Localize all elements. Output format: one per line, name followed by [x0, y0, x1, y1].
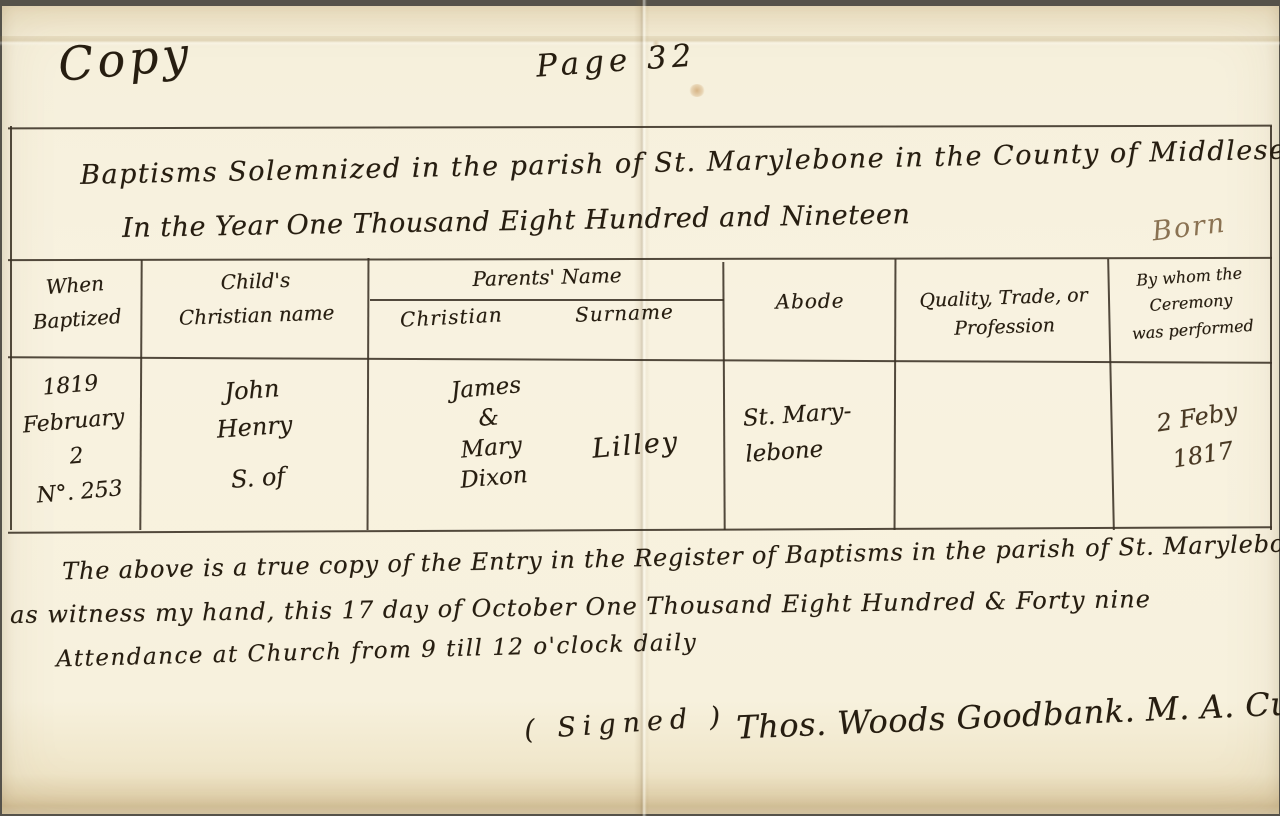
cell-parents-christian: James & Mary Dixon [405, 367, 575, 500]
ink-stain [689, 84, 705, 97]
col-header-by-whom: By whom the Ceremony was performed [1113, 259, 1268, 348]
scanned-baptism-record: Copy Page 32 Baptisms Solemnized in the … [0, 0, 1280, 816]
col-header-quality: Quality, Trade, or Profession [899, 280, 1109, 344]
table-line [10, 126, 12, 530]
col-header-parents-surname: Surname [575, 300, 674, 326]
col-header-abode: Abode [728, 289, 892, 315]
cell-childs-name: John Henry S. of [156, 366, 354, 505]
table-line [1270, 126, 1272, 530]
cell-when-baptized: 1819 February 2 N°. 253 [8, 363, 142, 516]
fold-crease [634, 0, 650, 816]
col-header-childs-name: Child's Christian name [149, 260, 363, 335]
cell-abode: St. Mary- lebone [742, 394, 855, 473]
col-header-when-baptized: When Baptized [14, 264, 138, 340]
